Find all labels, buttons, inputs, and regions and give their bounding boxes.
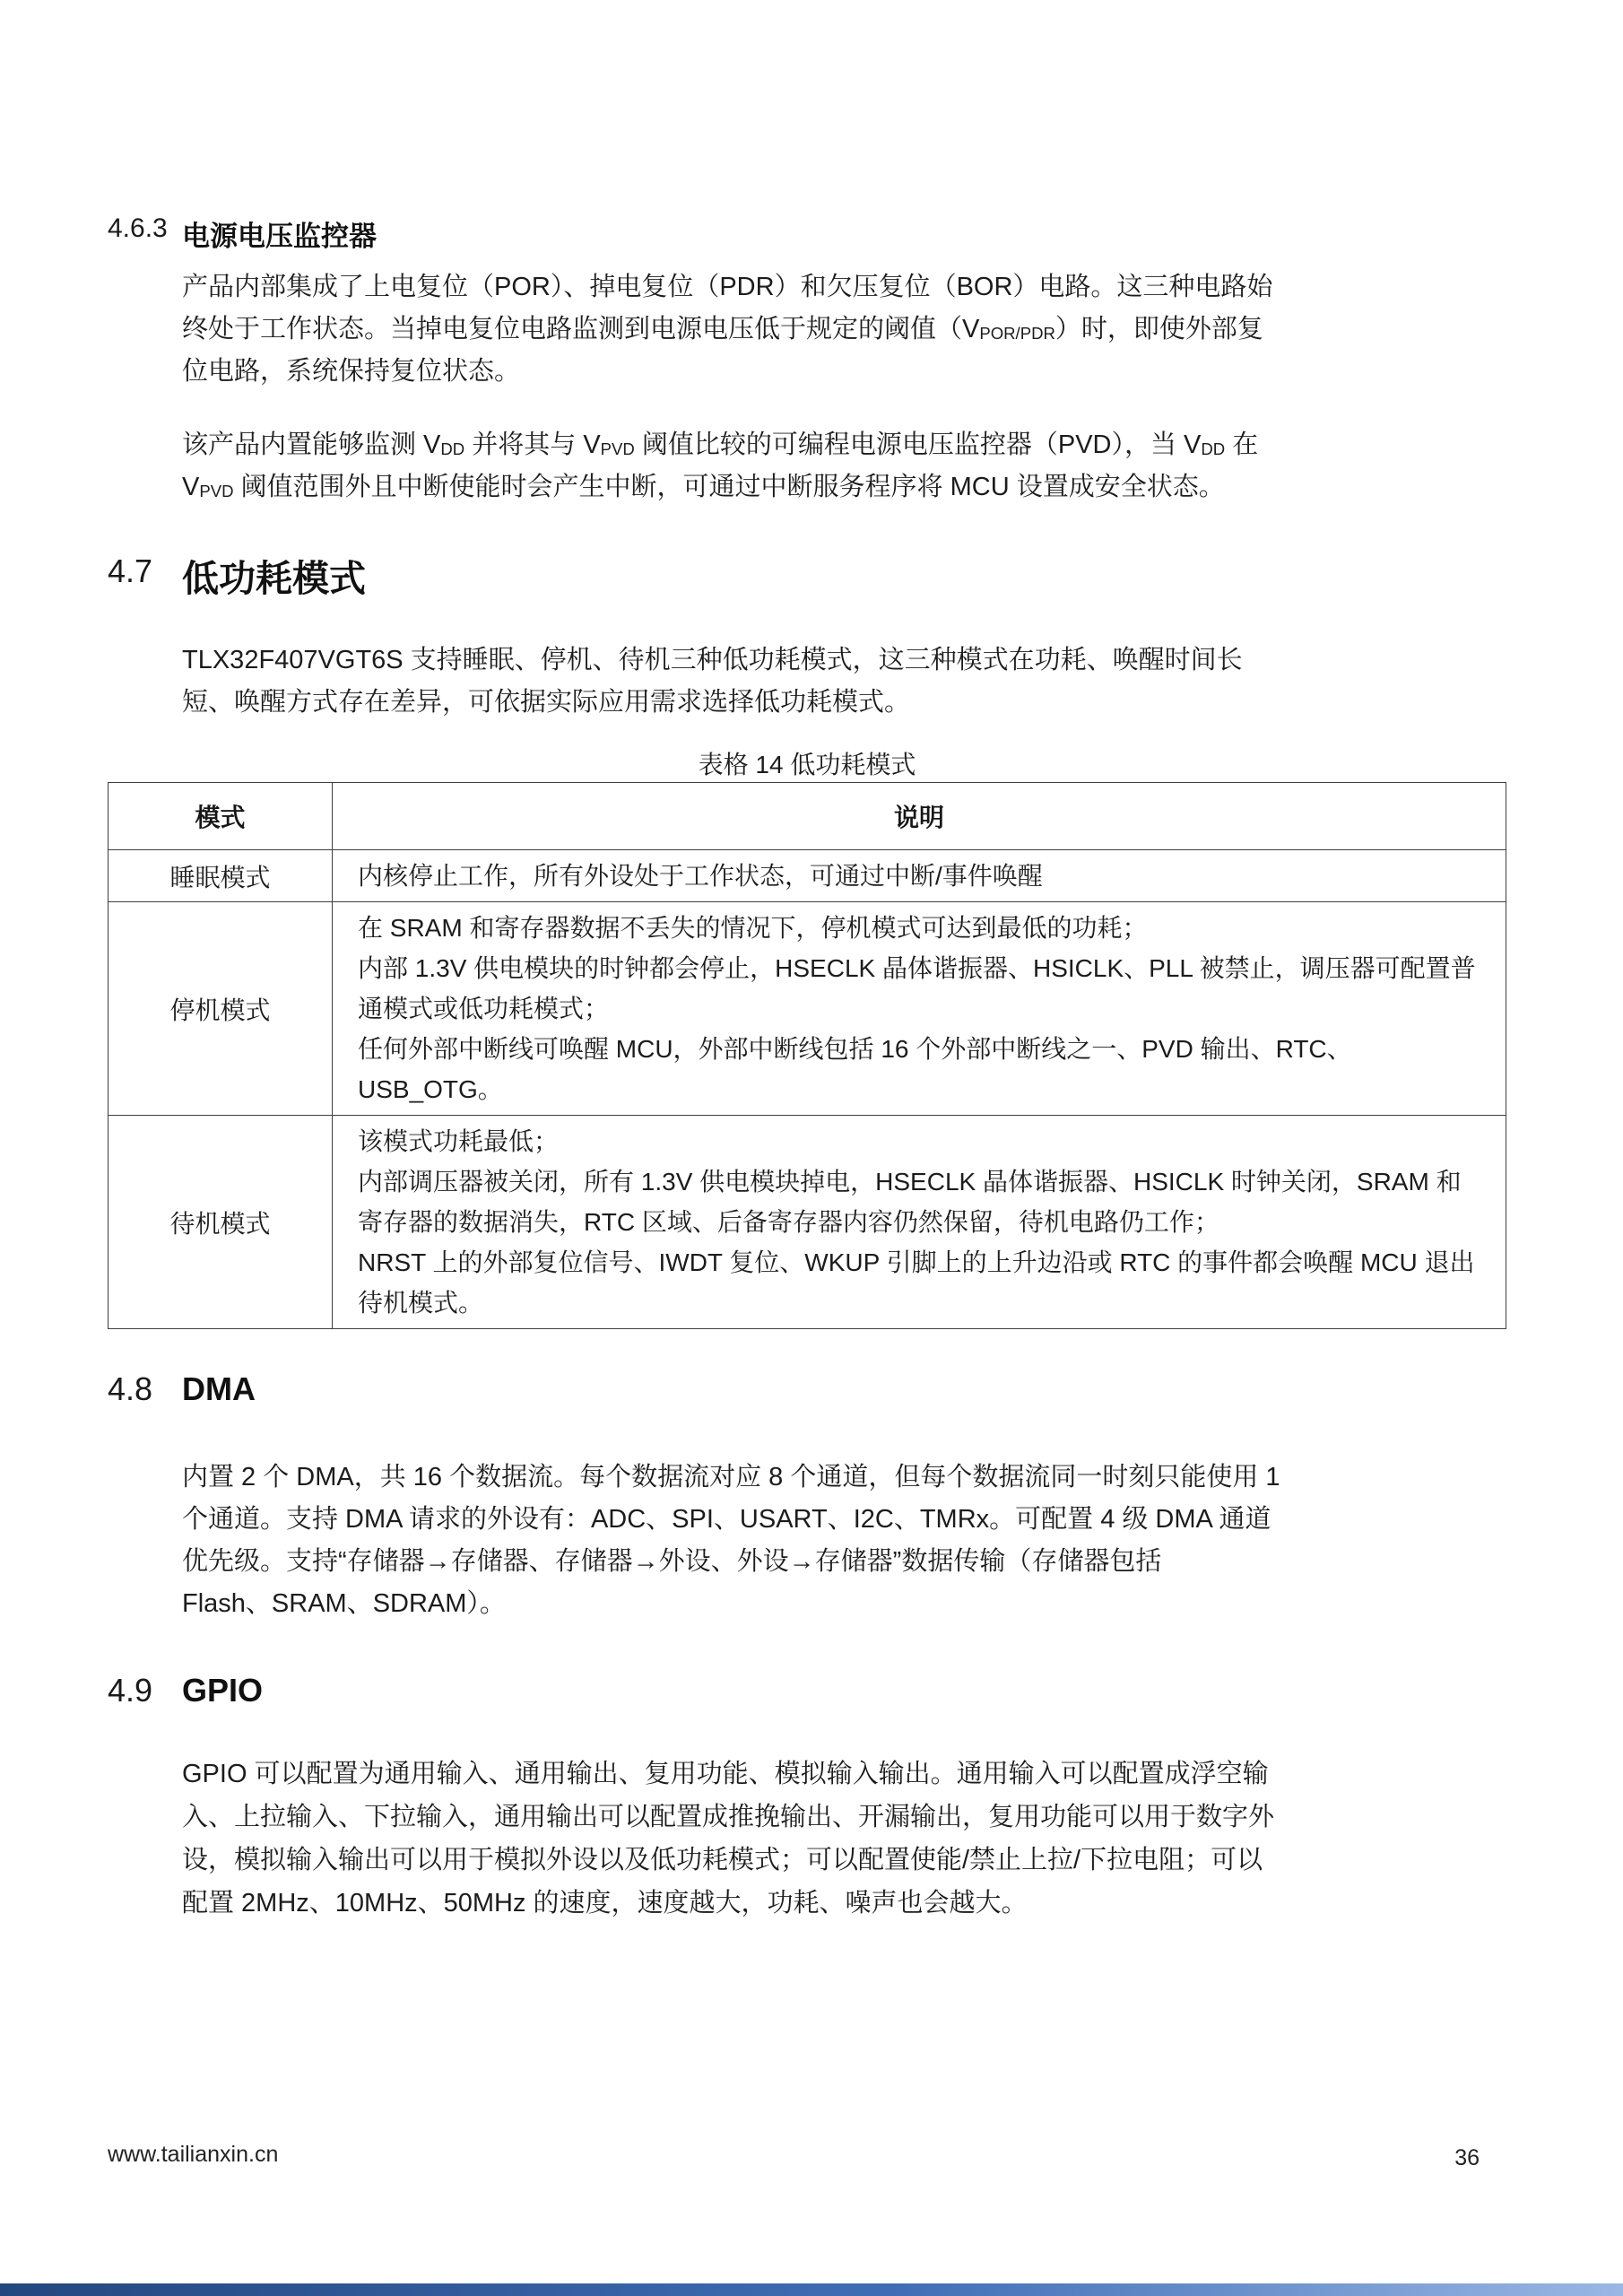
text-line: 产品内部集成了上电复位（POR）、掉电复位（PDR）和欠压复位（BOR）电路。这… [182, 266, 1509, 309]
table-header-row: 模式 说明 [108, 783, 1506, 849]
text-line: 待机模式。 [358, 1283, 1484, 1323]
datasheet-page: 4.6.3 电源电压监控器 产品内部集成了上电复位（POR）、掉电复位（PDR）… [0, 0, 1623, 2296]
footer-accent-bar [0, 2283, 1623, 2296]
table-row-sleep-mode: 睡眠模式 内核停止工作，所有外设处于工作状态，可通过中断/事件唤醒 [108, 849, 1506, 901]
table-row-standby-mode: 待机模式 该模式功耗最低；内部调压器被关闭，所有 1.3V 供电模块掉电，HSE… [108, 1115, 1506, 1328]
text-line: 任何外部中断线可唤醒 MCU，外部中断线包括 16 个外部中断线之一、PVD 输… [358, 1029, 1484, 1069]
text-line: 位电路，系统保持复位状态。 [182, 351, 1509, 393]
text-line: 入、上拉输入、下拉输入，通用输出可以配置成推挽输出、开漏输出，复用功能可以用于数… [182, 1796, 1509, 1839]
section-title: 低功耗模式 [182, 549, 366, 602]
text-line: 设，模拟输入输出可以用于模拟外设以及低功耗模式；可以配置使能/禁止上拉/下拉电阻… [182, 1839, 1509, 1882]
section-title: DMA [182, 1370, 256, 1408]
text-line: 内置 2 个 DMA，共 16 个数据流。每个数据流对应 8 个通道，但每个数据… [182, 1457, 1509, 1499]
text-line: 终处于工作状态。当掉电复位电路监测到电源电压低于规定的阈值（VPOR/PDR）时… [182, 309, 1509, 351]
section-heading-4-8: 4.8 DMA [0, 1370, 1623, 1413]
text-line: 寄存器的数据消失，RTC 区域、后备寄存器内容仍然保留，待机电路仍工作； [358, 1202, 1484, 1242]
paragraph-low-power-intro: TLX32F407VGT6S 支持睡眠、停机、待机三种低功耗模式，这三种模式在功… [182, 639, 1509, 724]
section-number: 4.7 [108, 552, 152, 590]
table-header-description: 说明 [333, 783, 1506, 849]
text-line: 在 SRAM 和寄存器数据不丢失的情况下，停机模式可达到最低的功耗； [358, 908, 1484, 948]
text-line: NRST 上的外部复位信号、IWDT 复位、WKUP 引脚上的上升边沿或 RTC… [358, 1242, 1484, 1283]
paragraph-gpio: GPIO 可以配置为通用输入、通用输出、复用功能、模拟输入输出。通用输入可以配置… [182, 1752, 1509, 1925]
page-number: 36 [1454, 2144, 1480, 2172]
paragraph-pvd: 该产品内置能够监测 VDD 并将其与 VPVD 阈值比较的可编程电源电压监控器（… [182, 424, 1509, 509]
text-line: USB_OTG。 [358, 1069, 1484, 1109]
text-line: VPVD 阈值范围外且中断使能时会产生中断，可通过中断服务程序将 MCU 设置成… [182, 466, 1509, 509]
table-row-stop-mode: 停机模式 在 SRAM 和寄存器数据不丢失的情况下，停机模式可达到最低的功耗；内… [108, 901, 1506, 1115]
section-number: 4.9 [108, 1672, 152, 1709]
text-line: 内部调压器被关闭，所有 1.3V 供电模块掉电，HSECLK 晶体谐振器、HSI… [358, 1161, 1484, 1202]
table-header-mode: 模式 [108, 783, 333, 849]
paragraph-por-pdr-bor: 产品内部集成了上电复位（POR）、掉电复位（PDR）和欠压复位（BOR）电路。这… [182, 266, 1509, 393]
text-line: 短、唤醒方式存在差异，可依据实际应用需求选择低功耗模式。 [182, 682, 1509, 724]
low-power-modes-table: 模式 说明 睡眠模式 内核停止工作，所有外设处于工作状态，可通过中断/事件唤醒 … [108, 782, 1506, 1329]
text-line: TLX32F407VGT6S 支持睡眠、停机、待机三种低功耗模式，这三种模式在功… [182, 639, 1509, 682]
text-line: GPIO 可以配置为通用输入、通用输出、复用功能、模拟输入输出。通用输入可以配置… [182, 1752, 1509, 1796]
section-title: 电源电压监控器 [182, 213, 377, 254]
description-cell: 该模式功耗最低；内部调压器被关闭，所有 1.3V 供电模块掉电，HSECLK 晶… [333, 1116, 1506, 1328]
table-caption: 表格 14 低功耗模式 [108, 750, 1506, 780]
mode-cell: 待机模式 [108, 1116, 333, 1328]
section-heading-4-6-3: 4.6.3 电源电压监控器 [0, 213, 1623, 249]
section-heading-4-7: 4.7 低功耗模式 [0, 549, 1623, 596]
text-line: 个通道。支持 DMA 请求的外设有：ADC、SPI、USART、I2C、TMRx… [182, 1499, 1509, 1541]
text-line: 通模式或低功耗模式； [358, 988, 1484, 1029]
section-number: 4.6.3 [108, 213, 168, 244]
text-line: 内核停止工作，所有外设处于工作状态，可通过中断/事件唤醒 [358, 856, 1484, 896]
mode-cell: 停机模式 [108, 902, 333, 1115]
mode-cell: 睡眠模式 [108, 850, 333, 901]
text-line: 该模式功耗最低； [358, 1121, 1484, 1161]
text-line: 内部 1.3V 供电模块的时钟都会停止，HSECLK 晶体谐振器、HSICLK、… [358, 948, 1484, 988]
section-title: GPIO [182, 1672, 263, 1709]
description-cell: 在 SRAM 和寄存器数据不丢失的情况下，停机模式可达到最低的功耗；内部 1.3… [333, 902, 1506, 1115]
description-cell: 内核停止工作，所有外设处于工作状态，可通过中断/事件唤醒 [333, 850, 1506, 901]
section-heading-4-9: 4.9 GPIO [0, 1672, 1623, 1715]
text-line: Flash、SRAM、SDRAM）。 [182, 1583, 1509, 1625]
paragraph-dma: 内置 2 个 DMA，共 16 个数据流。每个数据流对应 8 个通道，但每个数据… [182, 1457, 1509, 1625]
text-line: 优先级。支持“存储器→存储器、存储器→外设、外设→存储器”数据传输（存储器包括 [182, 1541, 1509, 1583]
section-number: 4.8 [108, 1370, 152, 1408]
text-line: 配置 2MHz、10MHz、50MHz 的速度，速度越大，功耗、噪声也会越大。 [182, 1882, 1509, 1925]
text-line: 该产品内置能够监测 VDD 并将其与 VPVD 阈值比较的可编程电源电压监控器（… [182, 424, 1509, 466]
footer-website-url: www.tailianxin.cn [108, 2140, 278, 2169]
